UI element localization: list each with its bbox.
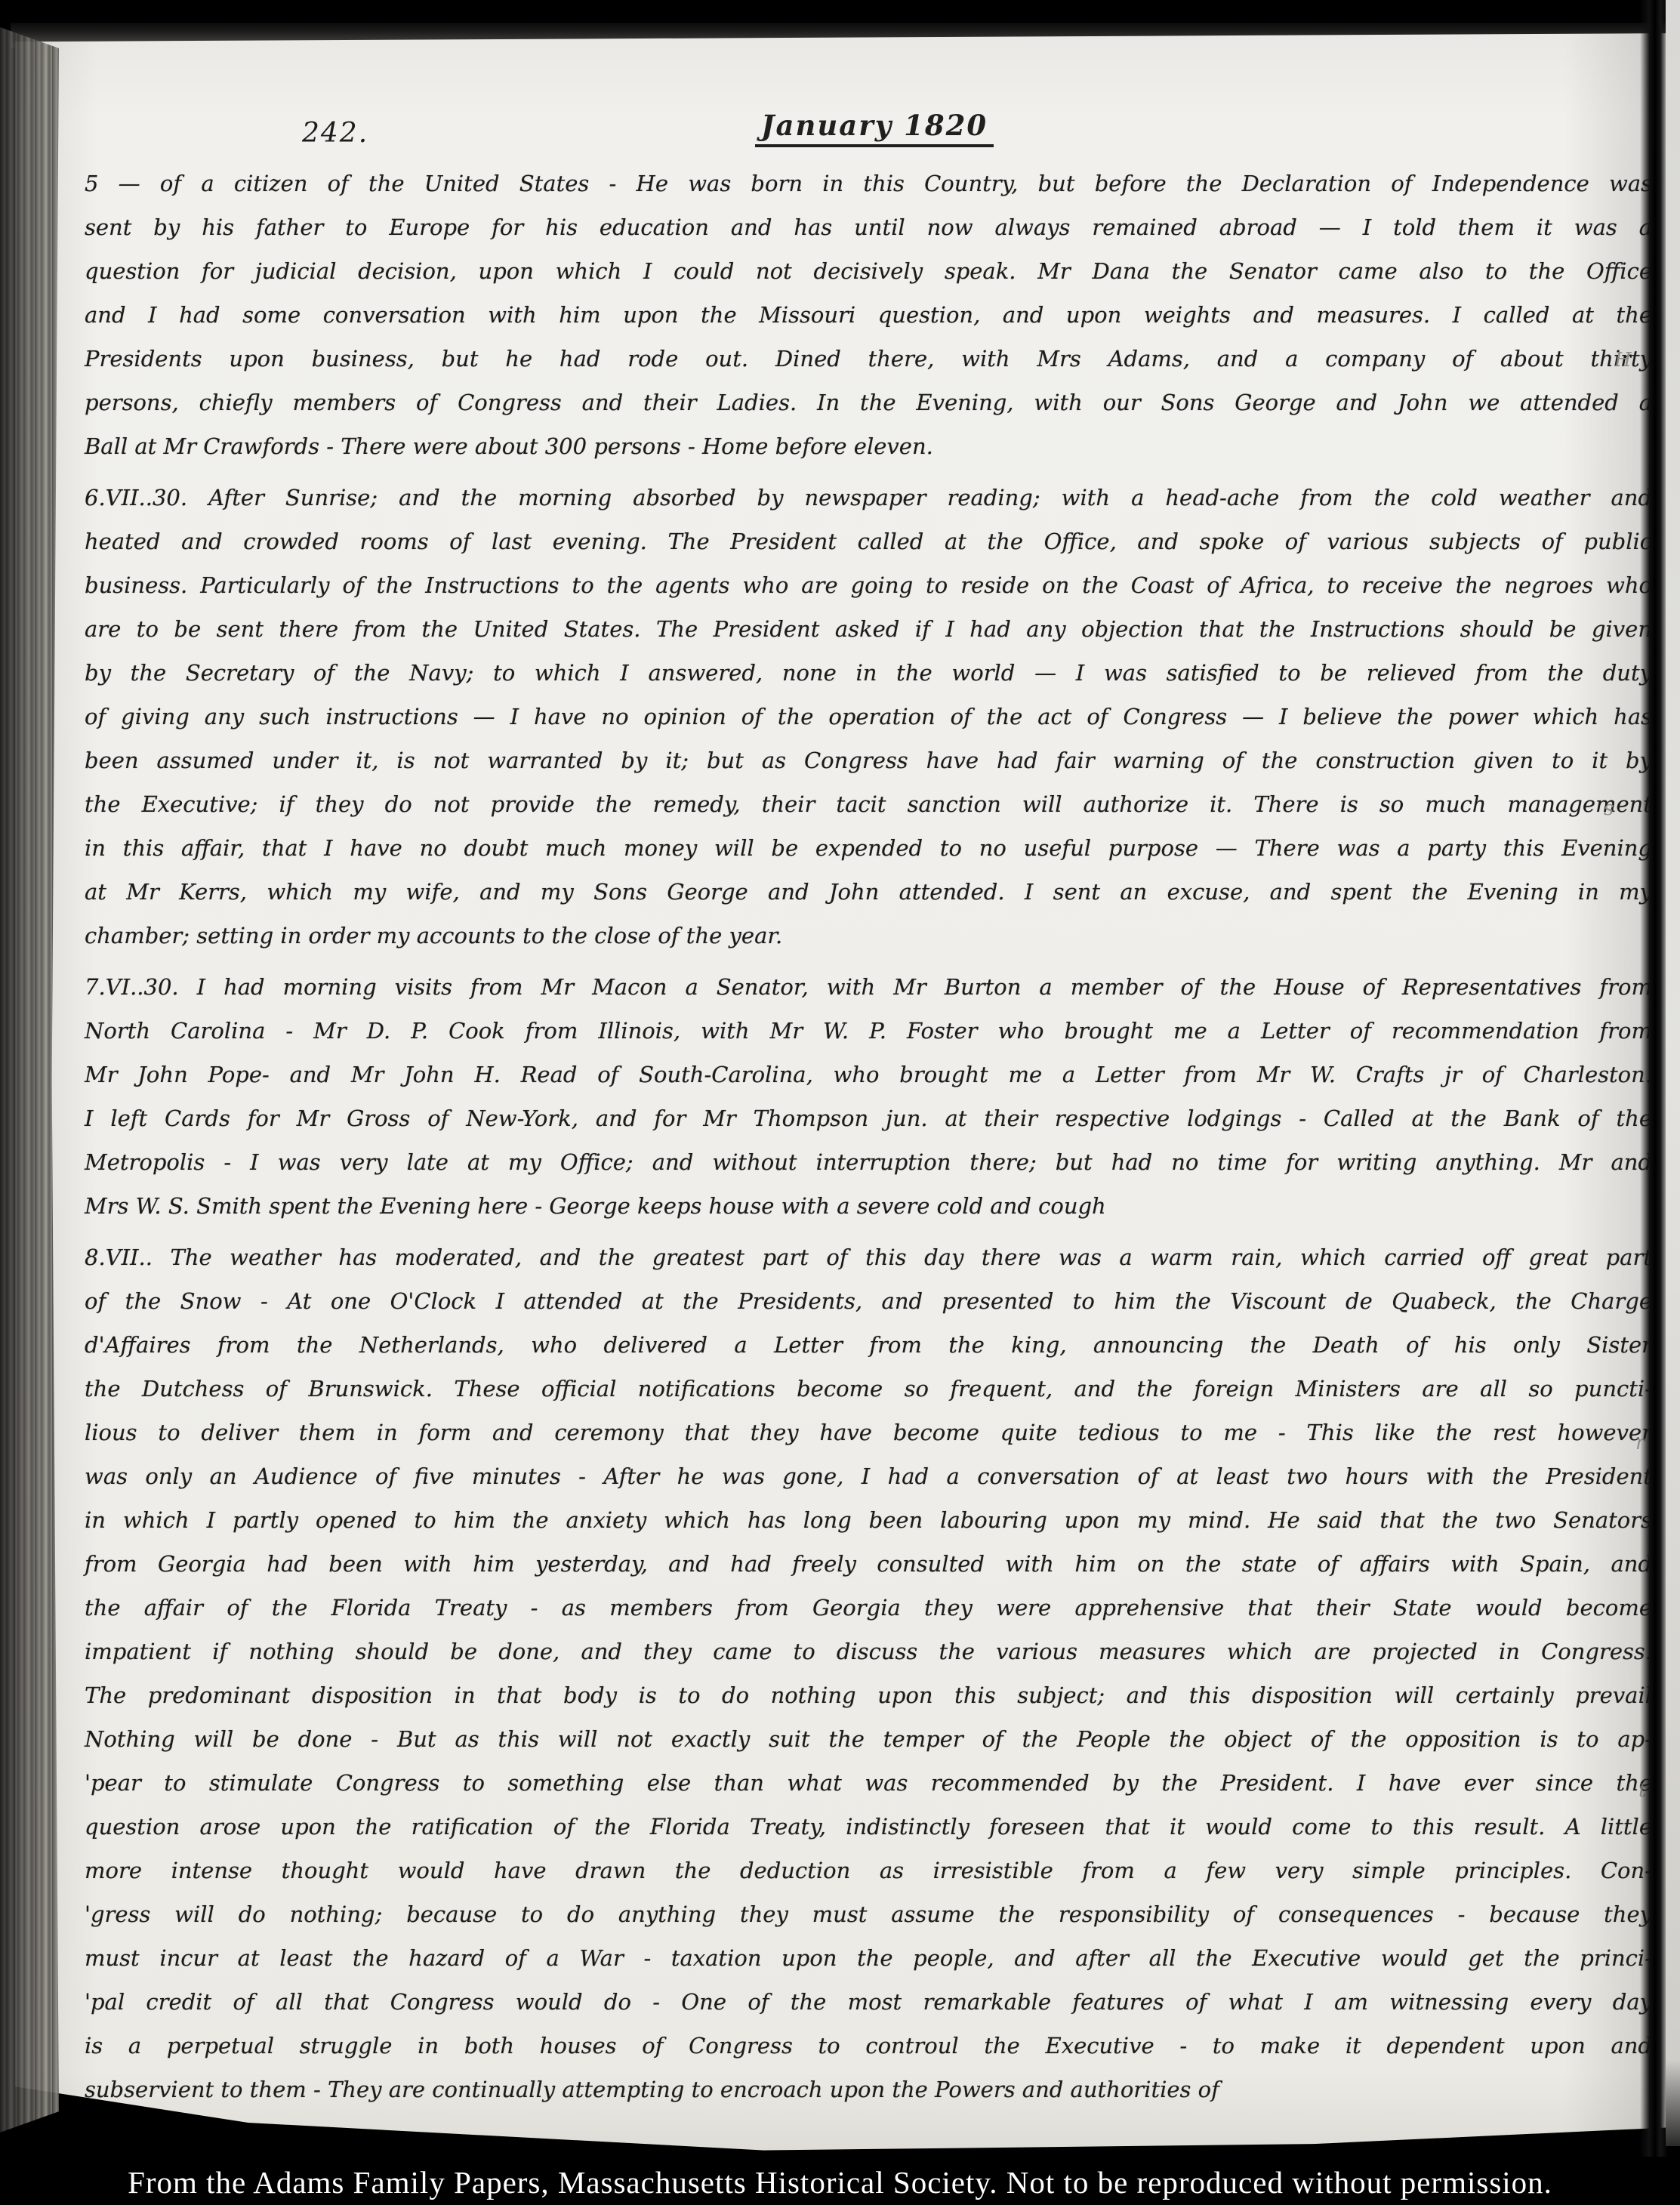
manuscript-line: was only an Audience of five minutes - A…: [85, 1454, 1652, 1498]
manuscript-line: Mr John Pope- and Mr John H. Read of Sou…: [85, 1053, 1652, 1096]
manuscript-line: been assumed under it, is not warranted …: [85, 739, 1652, 782]
manuscript-line: and I had some conversation with him upo…: [85, 293, 1652, 337]
manuscript-line: Ball at Mr Crawfords - There were about …: [85, 424, 1652, 468]
manuscript-line: more intense thought would have drawn th…: [85, 1849, 1652, 1892]
manuscript-line: Mrs W. S. Smith spent the Evening here -…: [85, 1184, 1652, 1228]
manuscript-line: are to be sent there from the United Sta…: [85, 607, 1652, 651]
manuscript-line: business. Particularly of the Instructio…: [85, 563, 1652, 607]
footer-caption: From the Adams Family Papers, Massachuse…: [0, 2164, 1680, 2200]
page-header-date: January 1820: [755, 109, 994, 147]
manuscript-line: the affair of the Florida Treaty - as me…: [85, 1586, 1652, 1630]
manuscript-line: in this affair, that I have no doubt muc…: [85, 826, 1652, 870]
page-right-gutter-shadow: [1640, 0, 1667, 2164]
manuscript-line: question for judicial decision, upon whi…: [85, 249, 1652, 293]
diary-entry-jan8: 8.VII.. The weather has moderated, and t…: [85, 1235, 1652, 2111]
manuscript-line: must incur at least the hazard of a War …: [85, 1936, 1652, 1980]
manuscript-line: 5 — of a citizen of the United States - …: [85, 162, 1652, 205]
diary-entry-jan6: 6.VII..30. After Sunrise; and the mornin…: [85, 476, 1652, 958]
manuscript-line: from Georgia had been with him yesterday…: [85, 1542, 1652, 1586]
manuscript-line: 8.VII.. The weather has moderated, and t…: [85, 1235, 1652, 1279]
manuscript-line: I left Cards for Mr Gross of New-York, a…: [85, 1096, 1652, 1140]
manuscript-line: of the Snow - At one O'Clock I attended …: [85, 1279, 1652, 1323]
manuscript-line: sent by his father to Europe for his edu…: [85, 205, 1652, 249]
bleed-through-mark: H: [1614, 349, 1632, 372]
manuscript-line: is a perpetual struggle in both houses o…: [85, 2024, 1652, 2068]
manuscript-line: 'pear to stimulate Congress to something…: [85, 1761, 1652, 1805]
manuscript-line: at Mr Kerrs, which my wife, and my Sons …: [85, 870, 1652, 914]
manuscript-line: 'pal credit of all that Congress would d…: [85, 1980, 1652, 2024]
manuscript-line: d'Affaires from the Netherlands, who del…: [85, 1323, 1652, 1367]
manuscript-line: heated and crowded rooms of last evening…: [85, 520, 1652, 563]
manuscript-line: Nothing will be done - But as this will …: [85, 1717, 1652, 1761]
manuscript-line: North Carolina - Mr D. P. Cook from Illi…: [85, 1009, 1652, 1053]
manuscript-line: of giving any such instructions — I have…: [85, 695, 1652, 739]
manuscript-line: 'gress will do nothing; because to do an…: [85, 1892, 1652, 1936]
manuscript-line: chamber; setting in order my accounts to…: [85, 914, 1652, 958]
book-spine-page-edges: [0, 27, 59, 2133]
manuscript-line: by the Secretary of the Navy; to which I…: [85, 651, 1652, 695]
manuscript-line: in which I partly opened to him the anxi…: [85, 1498, 1652, 1542]
manuscript-line: Presidents upon business, but he had rod…: [85, 337, 1652, 381]
manuscript-page: 242. January 1820 5 — of a citizen of th…: [15, 33, 1680, 2157]
manuscript-line: the Dutchess of Brunswick. These officia…: [85, 1367, 1652, 1411]
diary-entry-jan5: 5 — of a citizen of the United States - …: [85, 162, 1652, 468]
bleed-through-mark: s: [1604, 797, 1614, 820]
manuscript-line: The predominant disposition in that body…: [85, 1673, 1652, 1717]
manuscript-line: 6.VII..30. After Sunrise; and the mornin…: [85, 476, 1652, 520]
manuscript-scan: 242. January 1820 5 — of a citizen of th…: [0, 0, 1680, 2205]
manuscript-line: lious to deliver them in form and ceremo…: [85, 1411, 1652, 1454]
diary-entry-jan7: 7.VI..30. I had morning visits from Mr M…: [85, 965, 1652, 1228]
page-number: 242.: [302, 118, 368, 149]
manuscript-line: impatient if nothing should be done, and…: [85, 1630, 1652, 1673]
manuscript-line: the Executive; if they do not provide th…: [85, 782, 1652, 826]
manuscript-line: 7.VI..30. I had morning visits from Mr M…: [85, 965, 1652, 1009]
manuscript-line: subservient to them - They are continual…: [85, 2068, 1652, 2111]
manuscript-line: persons, chiefly members of Congress and…: [85, 381, 1652, 424]
manuscript-line: Metropolis - I was very late at my Offic…: [85, 1140, 1652, 1184]
manuscript-line: question arose upon the ratification of …: [85, 1805, 1652, 1849]
manuscript-text: 5 — of a citizen of the United States - …: [85, 162, 1652, 2119]
adjacent-page-sliver: [1666, 0, 1680, 2146]
